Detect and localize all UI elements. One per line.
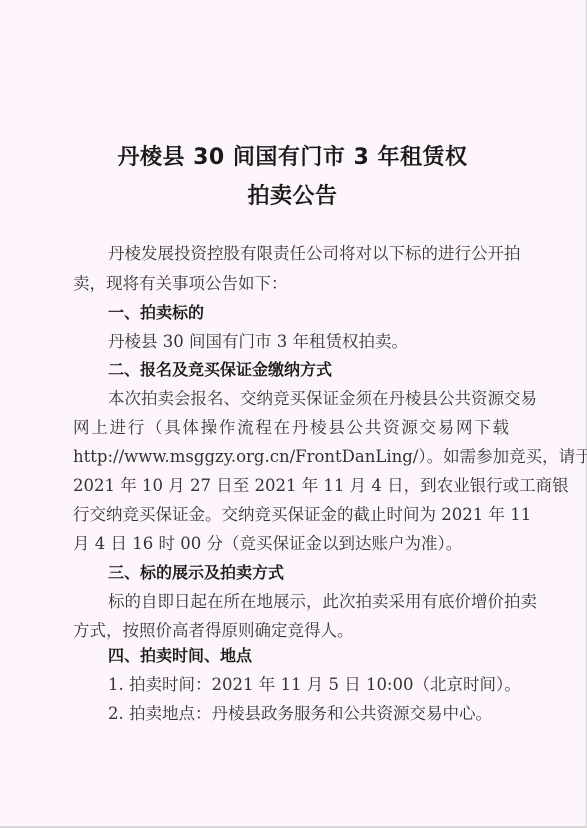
section-heading-3: 三、标的展示及拍卖方式 (108, 563, 509, 583)
section-heading-4: 四、拍卖时间、地点 (108, 646, 509, 666)
intro-paragraph-line: 卖，现将有关事项公告如下： (73, 274, 509, 294)
section-2-text: 月 4 日 16 时 00 分（竞买保证金以到达账户为准）。 (73, 534, 509, 554)
section-heading-2: 二、报名及竞买保证金缴纳方式 (108, 360, 509, 380)
section-3-text: 方式，按照价高者得原则确定竞得人。 (73, 621, 509, 641)
section-2-url-line: http://www.msggzy.org.cn/FrontDanLing/）。… (73, 447, 509, 467)
document-title-line2: 拍卖公告 (0, 179, 585, 210)
section-4-item-2: 2. 拍卖地点：丹棱县政务服务和公共资源交易中心。 (108, 704, 509, 724)
document-page: 丹棱县 30 间国有门市 3 年租赁权 拍卖公告 丹棱发展投资控股有限责任公司将… (0, 0, 586, 826)
section-heading-1: 一、拍卖标的 (108, 303, 509, 323)
section-2-text: 网上进行（具体操作流程在丹棱县公共资源交易网下载 (73, 418, 509, 438)
section-2-text: 行交纳竞买保证金。交纳竞买保证金的截止时间为 2021 年 11 (73, 505, 509, 525)
section-1-text: 丹棱县 30 间国有门市 3 年租赁权拍卖。 (108, 332, 509, 352)
section-2-text: 本次拍卖会报名、交纳竞买保证金须在丹棱县公共资源交易 (108, 389, 509, 409)
section-3-text: 标的自即日起在所在地展示，此次拍卖采用有底价增价拍卖 (108, 592, 509, 612)
intro-paragraph-line: 丹棱发展投资控股有限责任公司将对以下标的进行公开拍 (108, 244, 509, 264)
section-2-text: 2021 年 10 月 27 日至 2021 年 11 月 4 日，到农业银行或… (73, 476, 509, 496)
document-title-line1: 丹棱县 30 间国有门市 3 年租赁权 (0, 140, 585, 171)
section-4-item-1: 1. 拍卖时间：2021 年 11 月 5 日 10:00（北京时间）。 (108, 675, 509, 695)
